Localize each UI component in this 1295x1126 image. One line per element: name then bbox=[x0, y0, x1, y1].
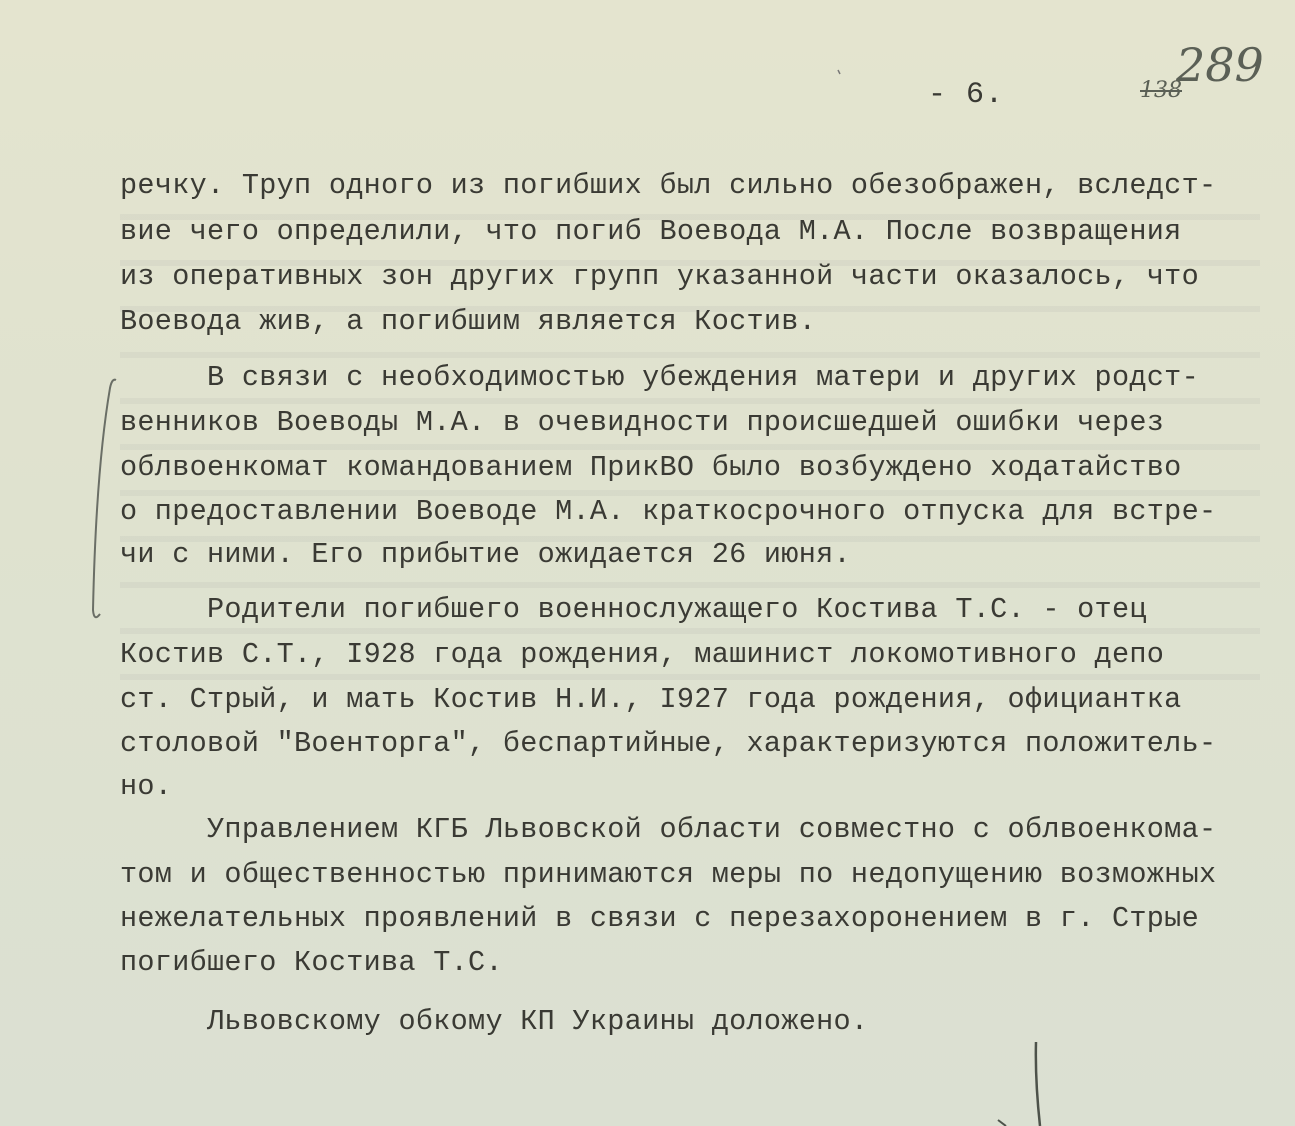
text-line: из оперативных зон других групп указанно… bbox=[120, 263, 1199, 292]
text-line: погибшего Костива Т.С. bbox=[120, 949, 503, 978]
text-line: Воевода жив, а погибшим является Костив. bbox=[120, 308, 816, 337]
text-line: чи с ними. Его прибытие ожидается 26 июн… bbox=[120, 541, 851, 570]
text-line: речку. Труп одного из погибших был сильн… bbox=[120, 172, 1216, 201]
text-line: столовой "Военторга", беспартийные, хара… bbox=[120, 730, 1216, 759]
text-line: Львовскому обкому КП Украины доложено. bbox=[120, 1008, 868, 1037]
text-line: венников Воеводы М.А. в очевидности прои… bbox=[120, 409, 1164, 438]
text-line: вие чего определили, что погиб Воевода М… bbox=[120, 218, 1182, 247]
text-line: Родители погибшего военнослужащего Кости… bbox=[120, 596, 1147, 625]
text-line: но. bbox=[120, 773, 172, 802]
text-line: нежелательных проявлений в связи с перез… bbox=[120, 905, 1199, 934]
text-line: Управлением КГБ Львовской области совмес… bbox=[120, 816, 1216, 845]
folio-number-crossed-out: 138 bbox=[1140, 78, 1182, 103]
text-line: облвоенкомат командованием ПрикВО было в… bbox=[120, 454, 1182, 483]
folio-number-current: 289 bbox=[1176, 38, 1264, 92]
text-line: Костив С.Т., I928 года рождения, машинис… bbox=[120, 641, 1164, 670]
page-number: - 6. bbox=[928, 78, 1004, 112]
text-line: В связи с необходимостью убеждения матер… bbox=[120, 364, 1199, 393]
text-line: том и общественностью принимаются меры п… bbox=[120, 861, 1216, 890]
text-line: о предоставлении Воеводе М.А. краткосроч… bbox=[120, 498, 1216, 527]
text-line: ст. Стрый, и мать Костив Н.И., I927 года… bbox=[120, 686, 1182, 715]
